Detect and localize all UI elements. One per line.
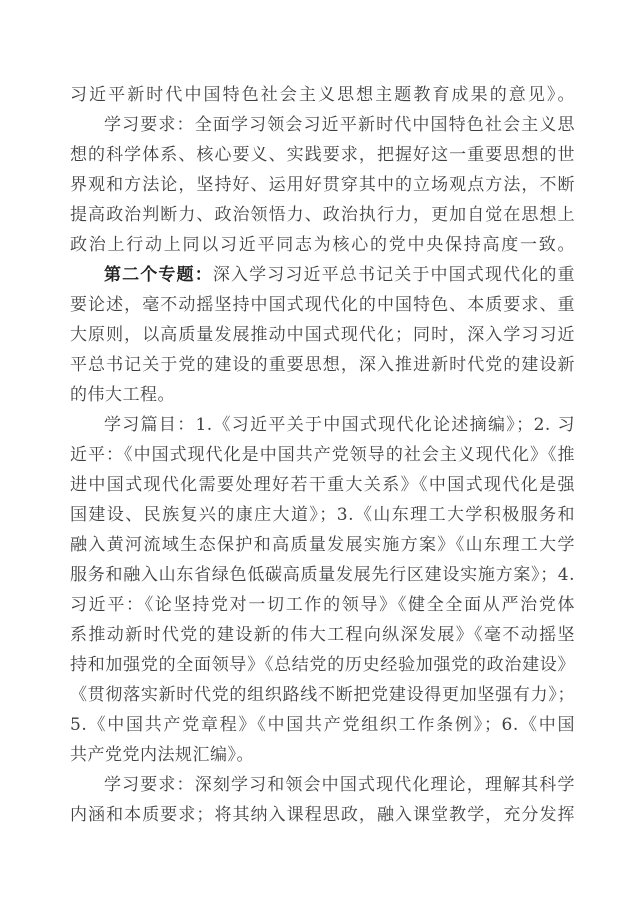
- text-line: 5.《中国共产党章程》《中国共产党组织工作条例》；6.《中国: [70, 710, 575, 740]
- text-line: 学习要求：深刻学习和领会中国式现代化理论，理解其科学: [70, 770, 575, 800]
- line-text: 习近平：《论坚持党对一切工作的领导》《健全全面从严治党体: [70, 595, 575, 615]
- text-line: 的伟大工程。: [70, 380, 575, 410]
- line-text: 平总书记关于党的建设的重要思想，深入推进新时代党的建设新: [70, 355, 575, 375]
- text-line: 系推动新时代党的建设新的伟大工程向纵深发展》《毫不动摇坚: [70, 620, 575, 650]
- line-text: 共产党党内法规汇编》。: [70, 745, 254, 765]
- text-line: 《贯彻落实新时代党的组织路线不断把党建设得更加坚强有力》；: [70, 680, 575, 710]
- line-text: 持和加强党的全面领导》《总结党的历史经验加强党的政治建设》: [70, 655, 575, 675]
- line-text: 学习要求：深刻学习和领会中国式现代化理论，理解其科学: [104, 775, 575, 795]
- text-line: 政治上行动上同以习近平同志为核心的党中央保持高度一致。: [70, 230, 575, 260]
- line-text: 学习要求：全面学习领会习近平新时代中国特色社会主义思: [104, 115, 575, 135]
- line-text: 界观和方法论，坚持好、运用好贯穿其中的立场观点方法，不断: [70, 175, 575, 195]
- text-line: 融入黄河流域生态保护和高质量发展实施方案》《山东理工大学: [70, 530, 575, 560]
- line-text: 近平：《中国式现代化是中国共产党领导的社会主义现代化》《推: [70, 445, 575, 465]
- line-text: 学习篇目：1.《习近平关于中国式现代化论述摘编》；2. 习: [104, 415, 575, 435]
- line-text: 融入黄河流域生态保护和高质量发展实施方案》《山东理工大学: [70, 535, 575, 555]
- text-line: 持和加强党的全面领导》《总结党的历史经验加强党的政治建设》: [70, 650, 575, 680]
- text-line: 第二个专题：深入学习习近平总书记关于中国式现代化的重: [70, 260, 575, 290]
- document-text-block: 习近平新时代中国特色社会主义思想主题教育成果的意见》。 学习要求：全面学习领会习…: [70, 80, 575, 830]
- text-line: 习近平新时代中国特色社会主义思想主题教育成果的意见》。: [70, 80, 575, 110]
- paragraph-lead-bold: 第二个专题：: [104, 265, 213, 285]
- line-text: 习近平新时代中国特色社会主义思想主题教育成果的意见》。: [70, 85, 575, 105]
- text-line: 大原则，以高质量发展推动中国式现代化；同时，深入学习习近: [70, 320, 575, 350]
- line-text: 政治上行动上同以习近平同志为核心的党中央保持高度一致。: [70, 235, 575, 255]
- text-line: 国建设、民族复兴的康庄大道》；3.《山东理工大学积极服务和: [70, 500, 575, 530]
- text-line: 进中国式现代化需要处理好若干重大关系》《中国式现代化是强: [70, 470, 575, 500]
- text-line: 服务和融入山东省绿色低碳高质量发展先行区建设实施方案》；4.: [70, 560, 575, 590]
- line-text: 想的科学体系、核心要义、实践要求，把握好这一重要思想的世: [70, 145, 575, 165]
- line-text: 《贯彻落实新时代党的组织路线不断把党建设得更加坚强有力》；: [70, 685, 575, 705]
- text-line: 提高政治判断力、政治领悟力、政治执行力，更加自觉在思想上: [70, 200, 575, 230]
- line-text: 深入学习习近平总书记关于中国式现代化的重: [213, 265, 575, 285]
- text-line: 平总书记关于党的建设的重要思想，深入推进新时代党的建设新: [70, 350, 575, 380]
- line-text: 内涵和本质要求；将其纳入课程思政，融入课堂教学，充分发挥: [70, 805, 575, 825]
- text-line: 想的科学体系、核心要义、实践要求，把握好这一重要思想的世: [70, 140, 575, 170]
- document-page: 习近平新时代中国特色社会主义思想主题教育成果的意见》。 学习要求：全面学习领会习…: [0, 0, 639, 905]
- text-line: 习近平：《论坚持党对一切工作的领导》《健全全面从严治党体: [70, 590, 575, 620]
- line-text: 提高政治判断力、政治领悟力、政治执行力，更加自觉在思想上: [70, 205, 575, 225]
- line-text: 5.《中国共产党章程》《中国共产党组织工作条例》；6.《中国: [70, 715, 575, 735]
- text-line: 共产党党内法规汇编》。: [70, 740, 575, 770]
- line-text: 国建设、民族复兴的康庄大道》；3.《山东理工大学积极服务和: [70, 505, 575, 525]
- line-text: 服务和融入山东省绿色低碳高质量发展先行区建设实施方案》；4.: [70, 565, 575, 585]
- text-line: 近平：《中国式现代化是中国共产党领导的社会主义现代化》《推: [70, 440, 575, 470]
- line-text: 的伟大工程。: [70, 385, 175, 405]
- line-text: 进中国式现代化需要处理好若干重大关系》《中国式现代化是强: [70, 475, 575, 495]
- text-line: 学习篇目：1.《习近平关于中国式现代化论述摘编》；2. 习: [70, 410, 575, 440]
- line-text: 要论述，毫不动摇坚持中国式现代化的中国特色、本质要求、重: [70, 295, 575, 315]
- text-line: 要论述，毫不动摇坚持中国式现代化的中国特色、本质要求、重: [70, 290, 575, 320]
- text-line: 界观和方法论，坚持好、运用好贯穿其中的立场观点方法，不断: [70, 170, 575, 200]
- line-text: 大原则，以高质量发展推动中国式现代化；同时，深入学习习近: [70, 325, 575, 345]
- line-text: 系推动新时代党的建设新的伟大工程向纵深发展》《毫不动摇坚: [70, 625, 575, 645]
- text-line: 学习要求：全面学习领会习近平新时代中国特色社会主义思: [70, 110, 575, 140]
- text-line: 内涵和本质要求；将其纳入课程思政，融入课堂教学，充分发挥: [70, 800, 575, 830]
